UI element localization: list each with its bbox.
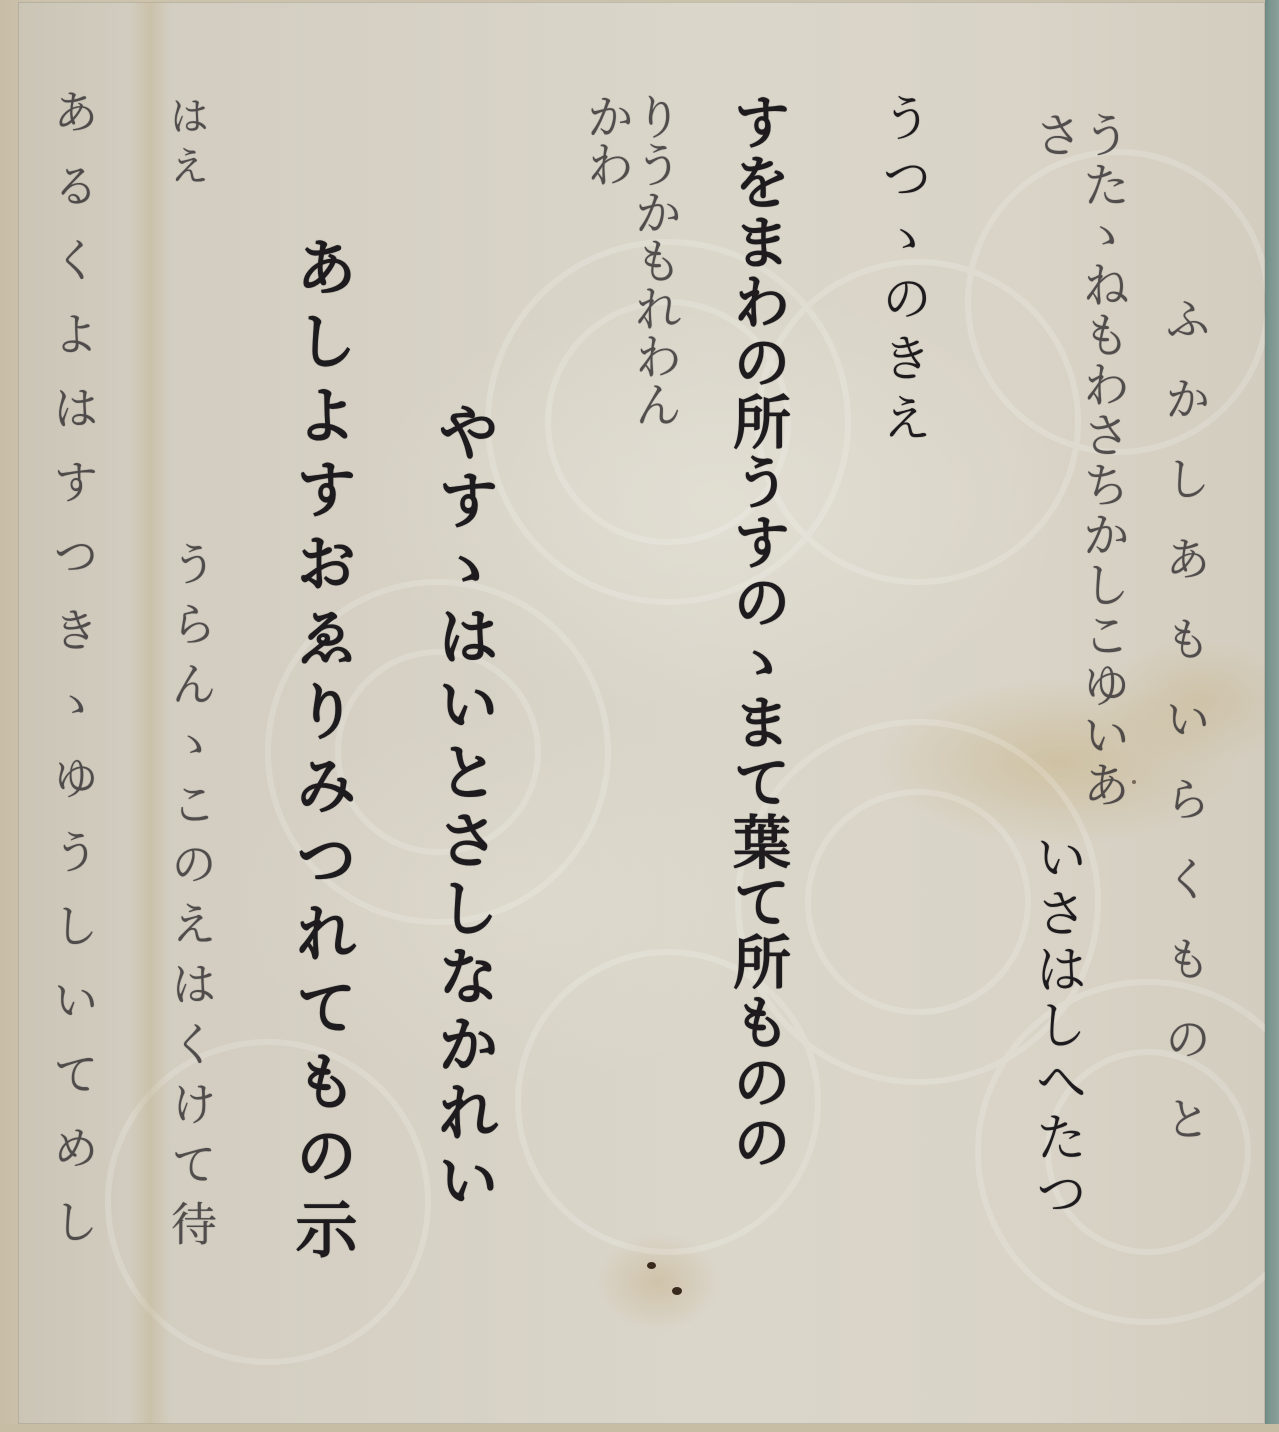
calligraphy-column-8: はえ: [166, 95, 206, 235]
calligraphy-column-3: うつゝのきえ: [878, 92, 928, 452]
calligraphy-column-7: あしよすおゑりみつれてもの示: [290, 235, 352, 1385]
calligraphy-column-1: ふかしあもいらくものと: [1162, 295, 1208, 1355]
calligraphy-column-9: あるくよはすつきゝゆうしいてめし: [50, 88, 96, 1388]
calligraphy-column-2b: いさはしへたつ: [1030, 830, 1082, 1230]
calligraphy-column-4: すをまわの所うすのゝまて葉て所ものの: [728, 92, 786, 1202]
calligraphy-column-8b: うらんゝこのえはくけて待: [168, 540, 214, 1360]
ink-spot: [672, 1287, 682, 1295]
ink-spot: [647, 1262, 656, 1269]
calligraphy-column-6: やすゝはいとさしなかれい: [432, 400, 494, 1250]
mount-edge-bottom: [0, 1424, 1279, 1432]
calligraphy-column-5: りうかもれわんかわ: [582, 92, 678, 472]
calligraphy-column-2: うたゝねもわさちかしこゆいあさ: [1030, 110, 1126, 830]
mount-edge-right: [1265, 0, 1279, 1432]
ink-spot: [1132, 780, 1136, 784]
